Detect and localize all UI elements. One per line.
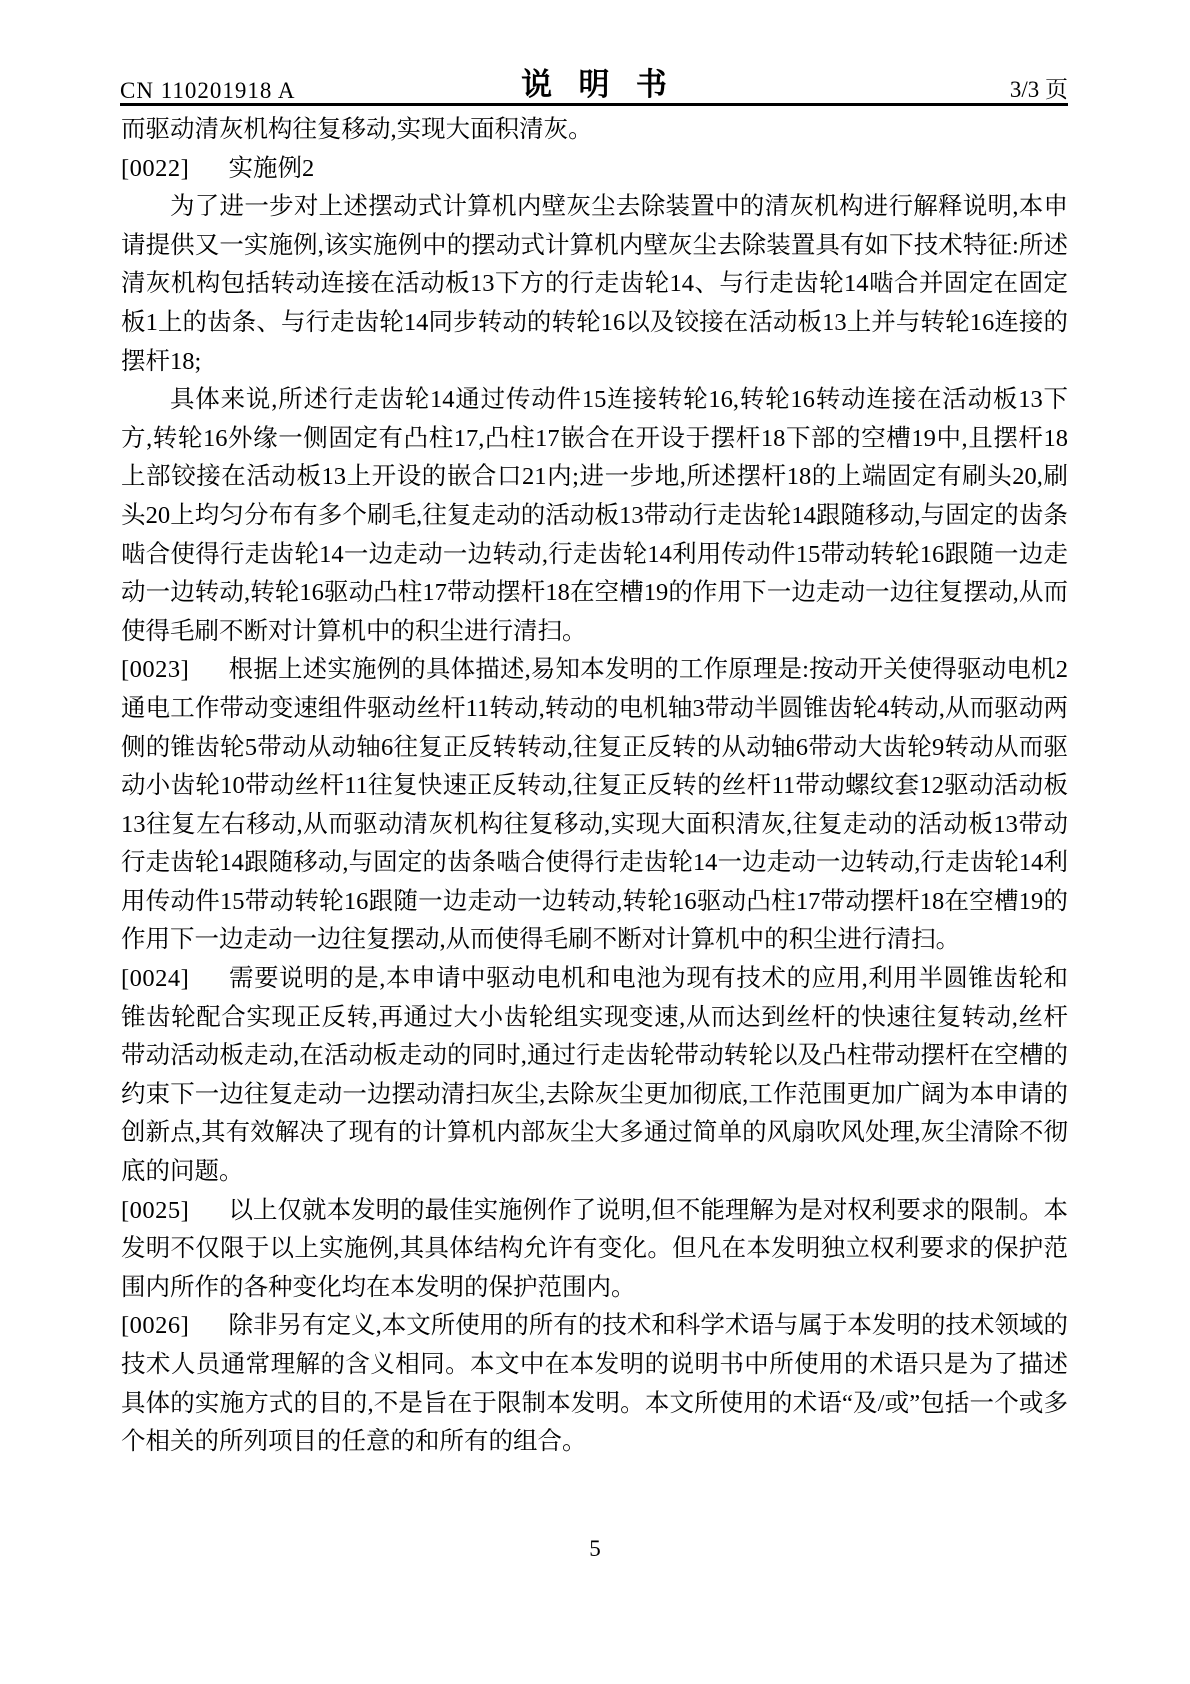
paragraph-text: 除非另有定义,本文所使用的所有的技术和科学术语与属于本发明的技术领域的技术人员通… [121, 1312, 1068, 1455]
document-title: 说明书 [120, 59, 1068, 104]
paragraph-text: 根据上述实施例的具体描述,易知本发明的工作原理是:按动开关使得驱动电机2通电工作… [121, 656, 1068, 953]
paragraph-text: 需要说明的是,本申请中驱动电机和电池为现有技术的应用,利用半圆锥齿轮和锥齿轮配合… [121, 965, 1068, 1185]
paragraph-0026: [0026]除非另有定义,本文所使用的所有的技术和科学术语与属于本发明的技术领域… [121, 1307, 1068, 1461]
patent-specification-page: CN 110201918 A 说明书 3/3 页 而驱动清灰机构往复移动,实现大… [0, 0, 1190, 1684]
paragraph-continuation: 而驱动清灰机构往复移动,实现大面积清灰。 [121, 111, 1068, 150]
paragraph-text: 实施例2 [229, 155, 315, 182]
paragraph-number: [0025] [121, 1197, 189, 1224]
paragraph-text: 而驱动清灰机构往复移动,实现大面积清灰。 [121, 116, 593, 143]
page-header: CN 110201918 A 说明书 3/3 页 [120, 64, 1068, 104]
page-footer: 5 [0, 1536, 1190, 1562]
paragraph-number: [0026] [121, 1312, 189, 1339]
paragraph-0023: [0023]根据上述实施例的具体描述,易知本发明的工作原理是:按动开关使得驱动电… [121, 651, 1068, 960]
footer-page-number: 5 [589, 1536, 601, 1561]
paragraph-text: 为了进一步对上述摆动式计算机内壁灰尘去除装置中的清灰机构进行解释说明,本申请提供… [121, 193, 1068, 374]
paragraph-text: 以上仅就本发明的最佳实施例作了说明,但不能理解为是对权利要求的限制。本发明不仅限… [121, 1197, 1068, 1301]
paragraph-embodiment-detail: 具体来说,所述行走齿轮14通过传动件15连接转轮16,转轮16转动连接在活动板1… [121, 381, 1068, 651]
paragraph-embodiment-intro: 为了进一步对上述摆动式计算机内壁灰尘去除装置中的清灰机构进行解释说明,本申请提供… [121, 188, 1068, 381]
paragraph-number: [0022] [121, 155, 189, 182]
paragraph-0022: [0022]实施例2 [121, 150, 1068, 189]
page-indicator: 3/3 页 [1010, 71, 1068, 104]
paragraph-0024: [0024]需要说明的是,本申请中驱动电机和电池为现有技术的应用,利用半圆锥齿轮… [121, 960, 1068, 1192]
specification-body: 而驱动清灰机构往复移动,实现大面积清灰。 [0022]实施例2 为了进一步对上述… [121, 111, 1068, 1462]
paragraph-number: [0024] [121, 965, 189, 992]
paragraph-number: [0023] [121, 656, 189, 683]
paragraph-text: 具体来说,所述行走齿轮14通过传动件15连接转轮16,转轮16转动连接在活动板1… [121, 386, 1068, 645]
header-divider-rule [120, 103, 1068, 106]
paragraph-0025: [0025]以上仅就本发明的最佳实施例作了说明,但不能理解为是对权利要求的限制。… [121, 1192, 1068, 1308]
